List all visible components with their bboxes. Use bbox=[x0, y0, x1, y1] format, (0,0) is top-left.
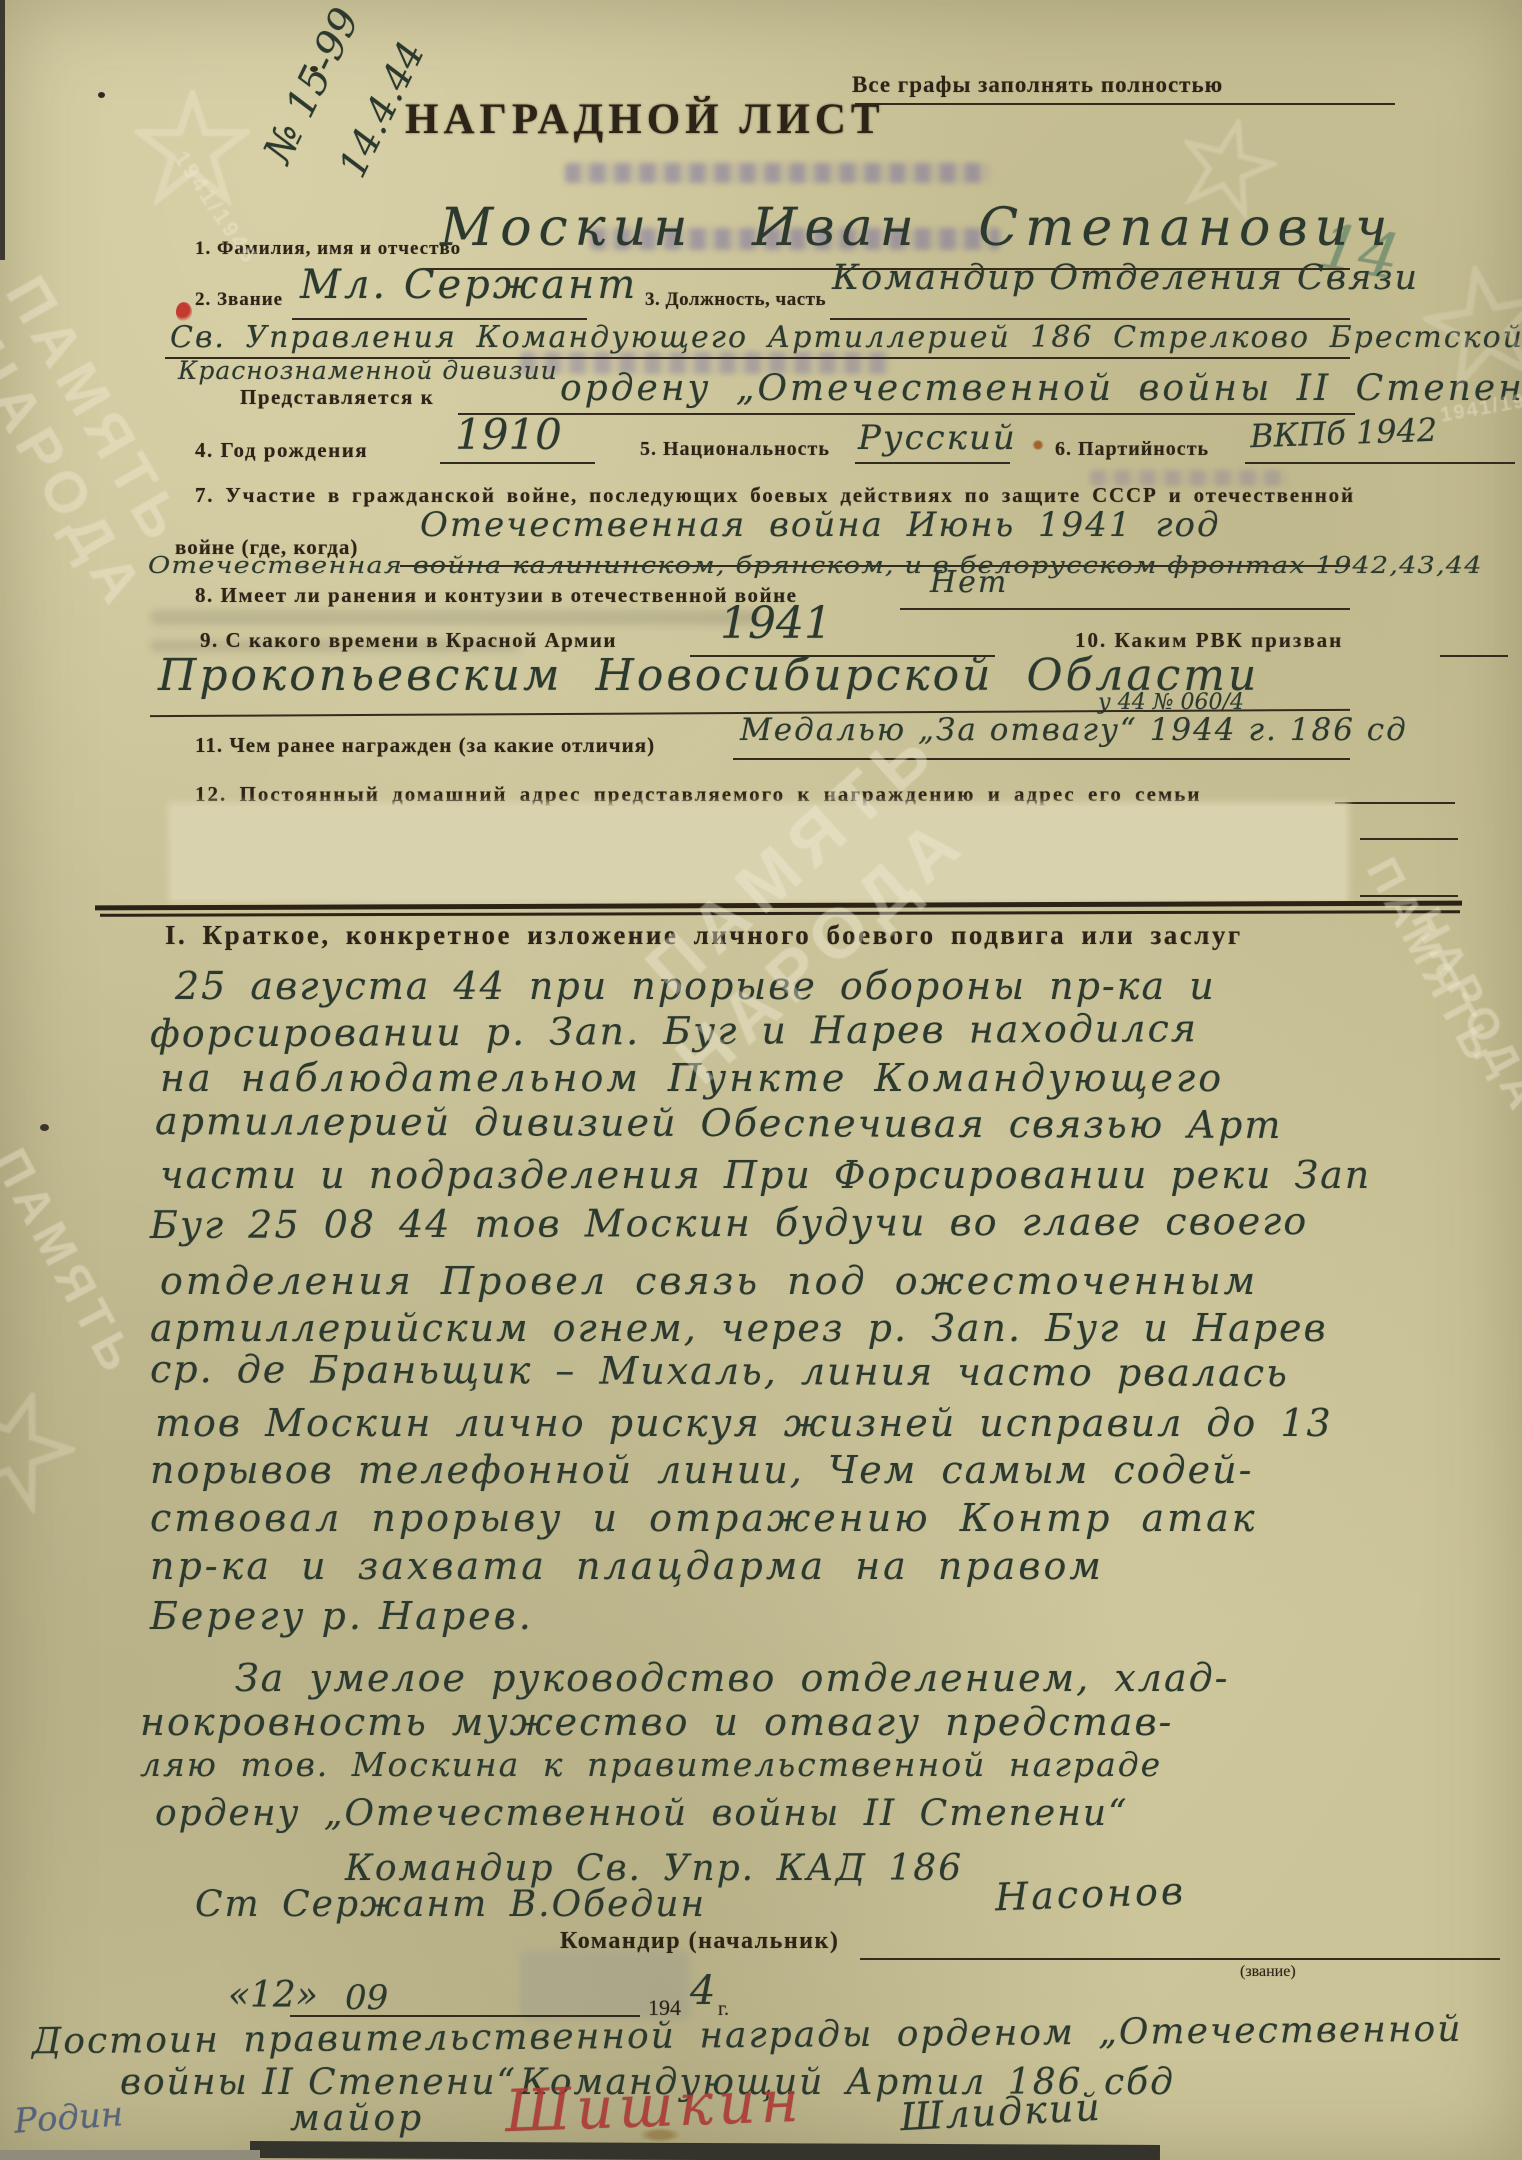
commander-label: Командир (начальник) bbox=[560, 1928, 839, 1955]
scan-edge-bottom-dark bbox=[250, 2141, 1160, 2160]
citation-line: нокровность мужество и отвагу представ- bbox=[140, 1700, 1173, 1744]
field-7-value: Отечественная война Июнь 1941 год bbox=[420, 505, 1221, 545]
red-wax-spot bbox=[176, 302, 192, 322]
field-3-value-line2: Св. Управления Командующего Артиллерией … bbox=[170, 320, 1522, 355]
award-sheet-page: № 15-99 14.4.44 Все графы заполнять полн… bbox=[0, 0, 1522, 2160]
field-4-value: 1910 bbox=[455, 410, 562, 459]
ink-speck bbox=[98, 92, 105, 98]
citation-line: артиллерией дивизией Обеспечивая связью … bbox=[155, 1099, 1283, 1147]
citation-line: ляю тов. Москина к правительственной наг… bbox=[140, 1745, 1162, 1784]
citation-line: части и подразделения При Форсировании р… bbox=[160, 1153, 1371, 1197]
citation-line: пр-ка и захвата плацдарма на правом bbox=[150, 1544, 1104, 1588]
blue-pencil-marginalia: Родин bbox=[13, 2094, 125, 2142]
field-11-line bbox=[733, 758, 1350, 760]
field-4-label: 4. Год рождения bbox=[195, 438, 368, 463]
field-11-label: 11. Чем ранее награжден (за какие отличи… bbox=[195, 733, 655, 758]
signature-red-pencil: Шишкин bbox=[504, 2067, 805, 2145]
field-8-value: Нет bbox=[930, 565, 1008, 600]
field-10-short-line bbox=[1440, 655, 1508, 657]
fill-all-fields-instruction: Все графы заполнять полностью bbox=[852, 72, 1223, 98]
citation-line: артиллерийским огнем, через р. Зап. Буг … bbox=[150, 1306, 1328, 1350]
citation-line: ордену „Отечественной войны II Степени“ bbox=[155, 1793, 1128, 1834]
field-6-value: ВКПб 1942 bbox=[1249, 411, 1438, 456]
field-3-value: Командир Отделения Связи bbox=[832, 258, 1419, 298]
commander-signature-line bbox=[860, 1958, 1500, 1960]
field-5-label: 5. Национальность bbox=[640, 438, 830, 461]
field-5-line bbox=[855, 462, 1010, 464]
citation-line: Берегу р. Нарев. bbox=[150, 1594, 534, 1638]
field-8-line bbox=[900, 608, 1350, 610]
field-11-value: Медалью „За отвагу“ 1944 г. 186 сд bbox=[740, 712, 1408, 748]
page-title: НАГРАДНОЙ ЛИСТ bbox=[405, 95, 885, 144]
watermark-text-right: НАРОДА bbox=[1401, 900, 1522, 1122]
signature-right: Насонов bbox=[994, 1869, 1186, 1920]
field-6-line bbox=[1245, 462, 1515, 464]
citation-line: ср. де Браньщик – Михаль, линия часто рв… bbox=[150, 1347, 1289, 1395]
field-12-label: 12. Постоянный домашний адрес представля… bbox=[195, 782, 1202, 807]
field-2-value: Мл. Сержант bbox=[300, 262, 638, 308]
field-12-short-line bbox=[1335, 802, 1455, 804]
field-9-value: 1941 bbox=[720, 598, 832, 649]
citation-line: ствовал прорыву и отражению Контр атак bbox=[150, 1496, 1258, 1540]
presented-to-line bbox=[458, 413, 1355, 415]
field-12-line-fragment bbox=[1360, 838, 1458, 840]
instruction-underline bbox=[855, 103, 1395, 105]
rank-caption: (звание) bbox=[1240, 1963, 1296, 1981]
star-watermark bbox=[0, 1375, 88, 1520]
field-3-value-line3: Краснознаменной дивизии bbox=[178, 356, 558, 385]
ink-speck bbox=[40, 1124, 49, 1131]
signer-position-line: Командир Св. Упр. КАД 186 bbox=[345, 1848, 963, 1889]
presented-to-label: Представляется к bbox=[240, 385, 434, 410]
field-3-label: 3. Должность, часть bbox=[645, 289, 826, 311]
signature-black: Шлидкий bbox=[899, 2085, 1103, 2139]
field-7-value-line2: Отечественная война калининском, брянско… bbox=[148, 553, 1483, 579]
field-4-line bbox=[440, 462, 595, 464]
citation-line: порывов телефонной линии, Чем самым соде… bbox=[150, 1448, 1253, 1492]
date-month: 09 bbox=[345, 1978, 388, 2018]
date-year-handwritten: 4 bbox=[690, 1968, 715, 2014]
watermark-text-left-low: ПАМЯТЬ bbox=[0, 1140, 147, 1386]
citation-line: тов Москин лично рискуя жизней исправил … bbox=[155, 1401, 1333, 1445]
field-10-value: Прокопьевским Новосибирской Области bbox=[158, 650, 1259, 701]
citation-line: отделения Провел связь под ожесточенным bbox=[160, 1259, 1258, 1303]
illegible-stamp-fragment bbox=[565, 163, 990, 183]
field-6-label: 6. Партийность bbox=[1055, 438, 1209, 461]
presented-to-value: ордену „Отечественной войны II Степени“ bbox=[560, 368, 1522, 409]
erased-pencil-scribble bbox=[150, 610, 760, 625]
citation-line: Буг 25 08 44 тов Москин будучи во главе … bbox=[150, 1199, 1308, 1247]
resolution-rank: майор bbox=[290, 2098, 424, 2139]
field-2-label: 2. Звание bbox=[195, 289, 283, 311]
scan-edge-bottom-gray bbox=[0, 2150, 260, 2160]
field-5-value: Русский bbox=[858, 418, 1017, 458]
citation-line: За умелое руководство отделением, хлад- bbox=[235, 1656, 1230, 1700]
date-day: «12» bbox=[228, 1975, 318, 2016]
resolution-line2: войны II Степени“ bbox=[120, 2062, 517, 2103]
scan-edge-left bbox=[0, 0, 5, 260]
resolution-line1: Достоин правительственной награды ордено… bbox=[32, 2009, 1463, 2062]
rust-stain bbox=[1032, 440, 1044, 450]
field-8-label: 8. Имеет ли ранения и контузии в отечест… bbox=[195, 583, 798, 608]
signer-rank-name-line: Ст Сержант В.Обедин bbox=[195, 1884, 706, 1925]
